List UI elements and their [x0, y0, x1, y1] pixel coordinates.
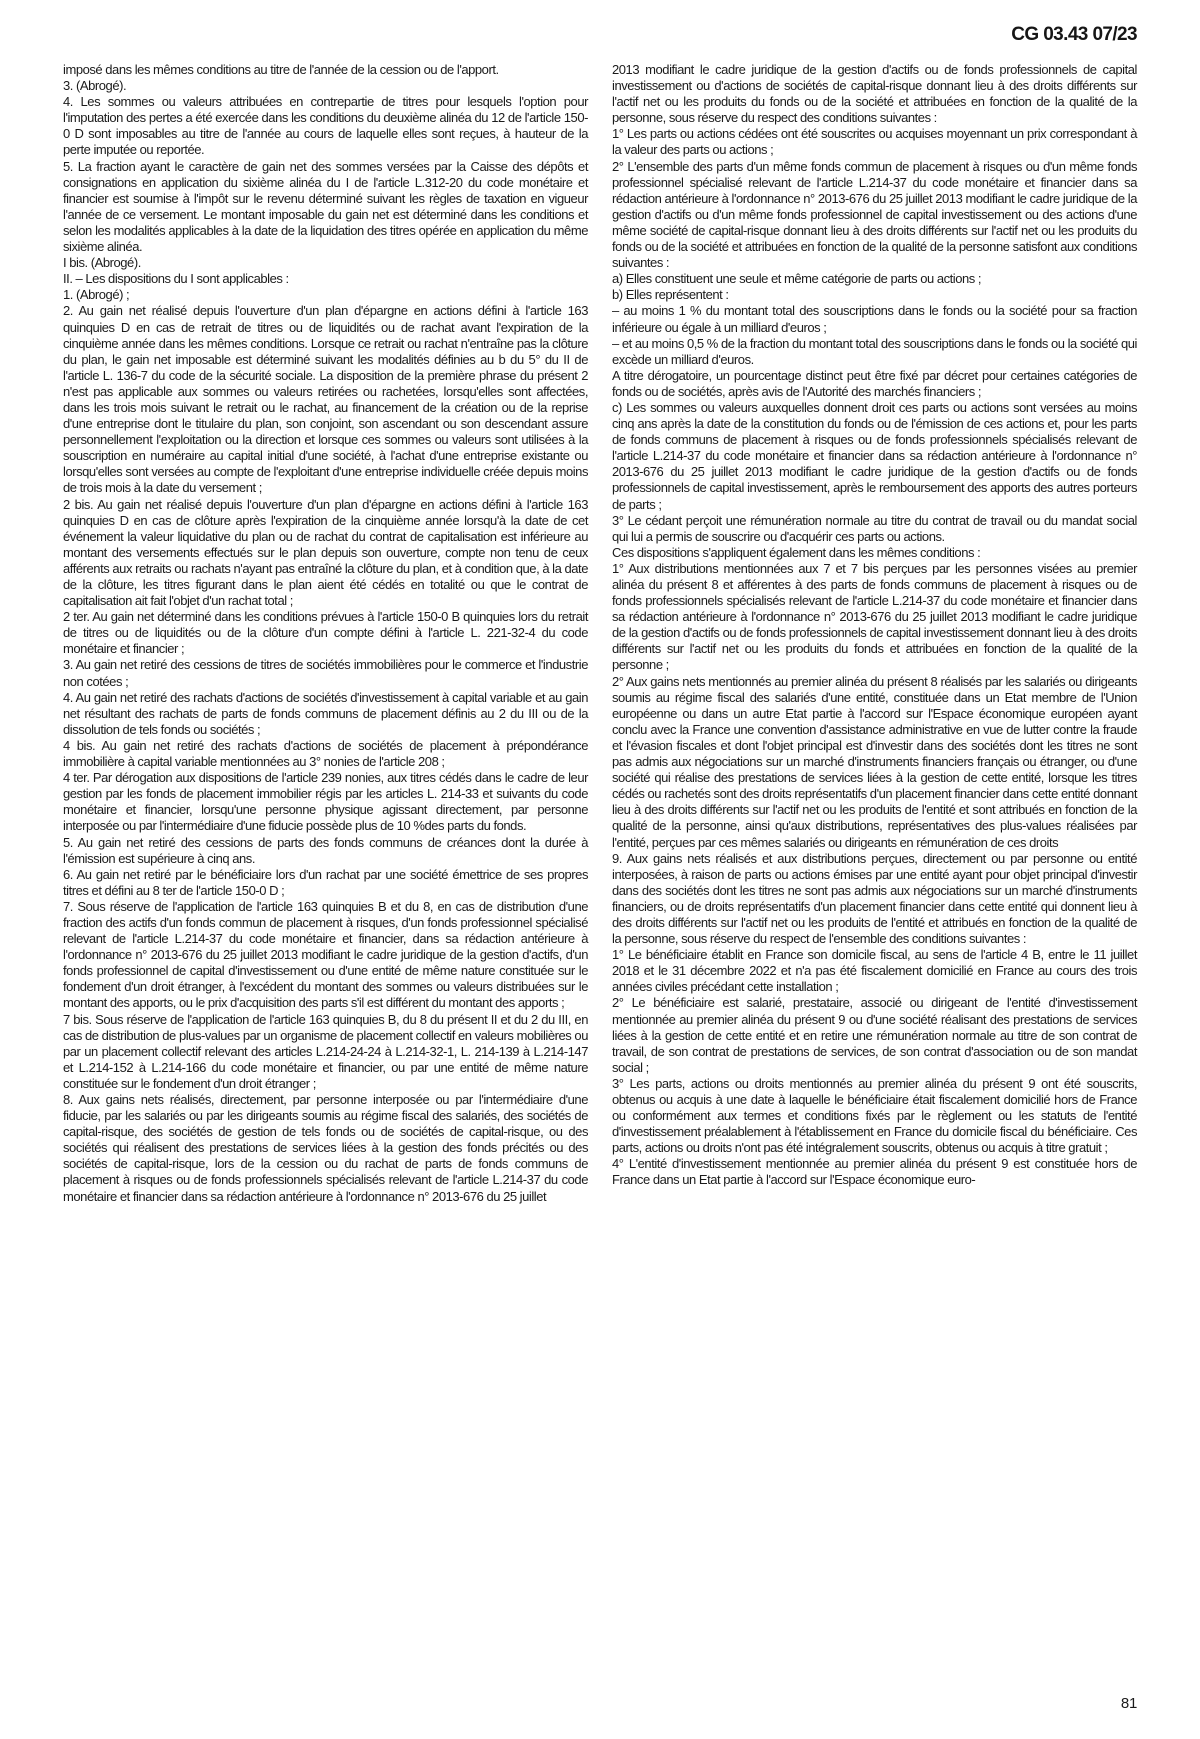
paragraph: imposé dans les mêmes conditions au titr… [63, 62, 588, 78]
paragraph: A titre dérogatoire, un pourcentage dist… [612, 368, 1137, 400]
paragraph: 8. Aux gains nets réalisés, directement,… [63, 1092, 588, 1205]
paragraph: 5. La fraction ayant le caractère de gai… [63, 159, 588, 256]
paragraph: 4 bis. Au gain net retiré des rachats d'… [63, 738, 588, 770]
document-page: CG 03.43 07/23 imposé dans les mêmes con… [0, 0, 1200, 1739]
paragraph: 1. (Abrogé) ; [63, 287, 588, 303]
paragraph: 2° L'ensemble des parts d'un même fonds … [612, 159, 1137, 272]
paragraph: c) Les sommes ou valeurs auxquelles donn… [612, 400, 1137, 513]
right-column: 2013 modifiant le cadre juridique de la … [612, 62, 1137, 1205]
page-header: CG 03.43 07/23 [63, 24, 1137, 46]
paragraph: b) Elles représentent : [612, 287, 1137, 303]
paragraph: – et au moins 0,5 % de la fraction du mo… [612, 336, 1137, 368]
paragraph: Ces dispositions s'appliquent également … [612, 545, 1137, 561]
paragraph: 2 ter. Au gain net déterminé dans les co… [63, 609, 588, 657]
text-columns: imposé dans les mêmes conditions au titr… [63, 62, 1137, 1205]
paragraph: 2 bis. Au gain net réalisé depuis l'ouve… [63, 497, 588, 610]
paragraph: 5. Au gain net retiré des cessions de pa… [63, 835, 588, 867]
document-reference: CG 03.43 07/23 [1011, 24, 1137, 45]
paragraph: 4. Au gain net retiré des rachats d'acti… [63, 690, 588, 738]
paragraph: a) Elles constituent une seule et même c… [612, 271, 1137, 287]
paragraph: 1° Les parts ou actions cédées ont été s… [612, 126, 1137, 158]
paragraph: – au moins 1 % du montant total des sous… [612, 303, 1137, 335]
paragraph: II. – Les dispositions du I sont applica… [63, 271, 588, 287]
paragraph: 4. Les sommes ou valeurs attribuées en c… [63, 94, 588, 158]
paragraph: 3. Au gain net retiré des cessions de ti… [63, 657, 588, 689]
paragraph: 1° Le bénéficiaire établit en France son… [612, 947, 1137, 995]
paragraph: 7 bis. Sous réserve de l'application de … [63, 1012, 588, 1092]
paragraph: 1° Aux distributions mentionnées aux 7 e… [612, 561, 1137, 674]
left-column: imposé dans les mêmes conditions au titr… [63, 62, 588, 1205]
paragraph: 6. Au gain net retiré par le bénéficiair… [63, 867, 588, 899]
paragraph: 2013 modifiant le cadre juridique de la … [612, 62, 1137, 126]
paragraph: I bis. (Abrogé). [63, 255, 588, 271]
paragraph: 2. Au gain net réalisé depuis l'ouvertur… [63, 303, 588, 496]
paragraph: 4 ter. Par dérogation aux dispositions d… [63, 770, 588, 834]
paragraph: 2° Le bénéficiaire est salarié, prestata… [612, 995, 1137, 1075]
page-footer: 81 [1121, 1695, 1137, 1713]
paragraph: 2° Aux gains nets mentionnés au premier … [612, 674, 1137, 851]
page-number: 81 [1121, 1695, 1137, 1712]
paragraph: 7. Sous réserve de l'application de l'ar… [63, 899, 588, 1012]
paragraph: 3° Le cédant perçoit une rémunération no… [612, 513, 1137, 545]
paragraph: 4° L'entité d'investissement mentionnée … [612, 1156, 1137, 1188]
paragraph: 3° Les parts, actions ou droits mentionn… [612, 1076, 1137, 1156]
paragraph: 9. Aux gains nets réalisés et aux distri… [612, 851, 1137, 948]
paragraph: 3. (Abrogé). [63, 78, 588, 94]
